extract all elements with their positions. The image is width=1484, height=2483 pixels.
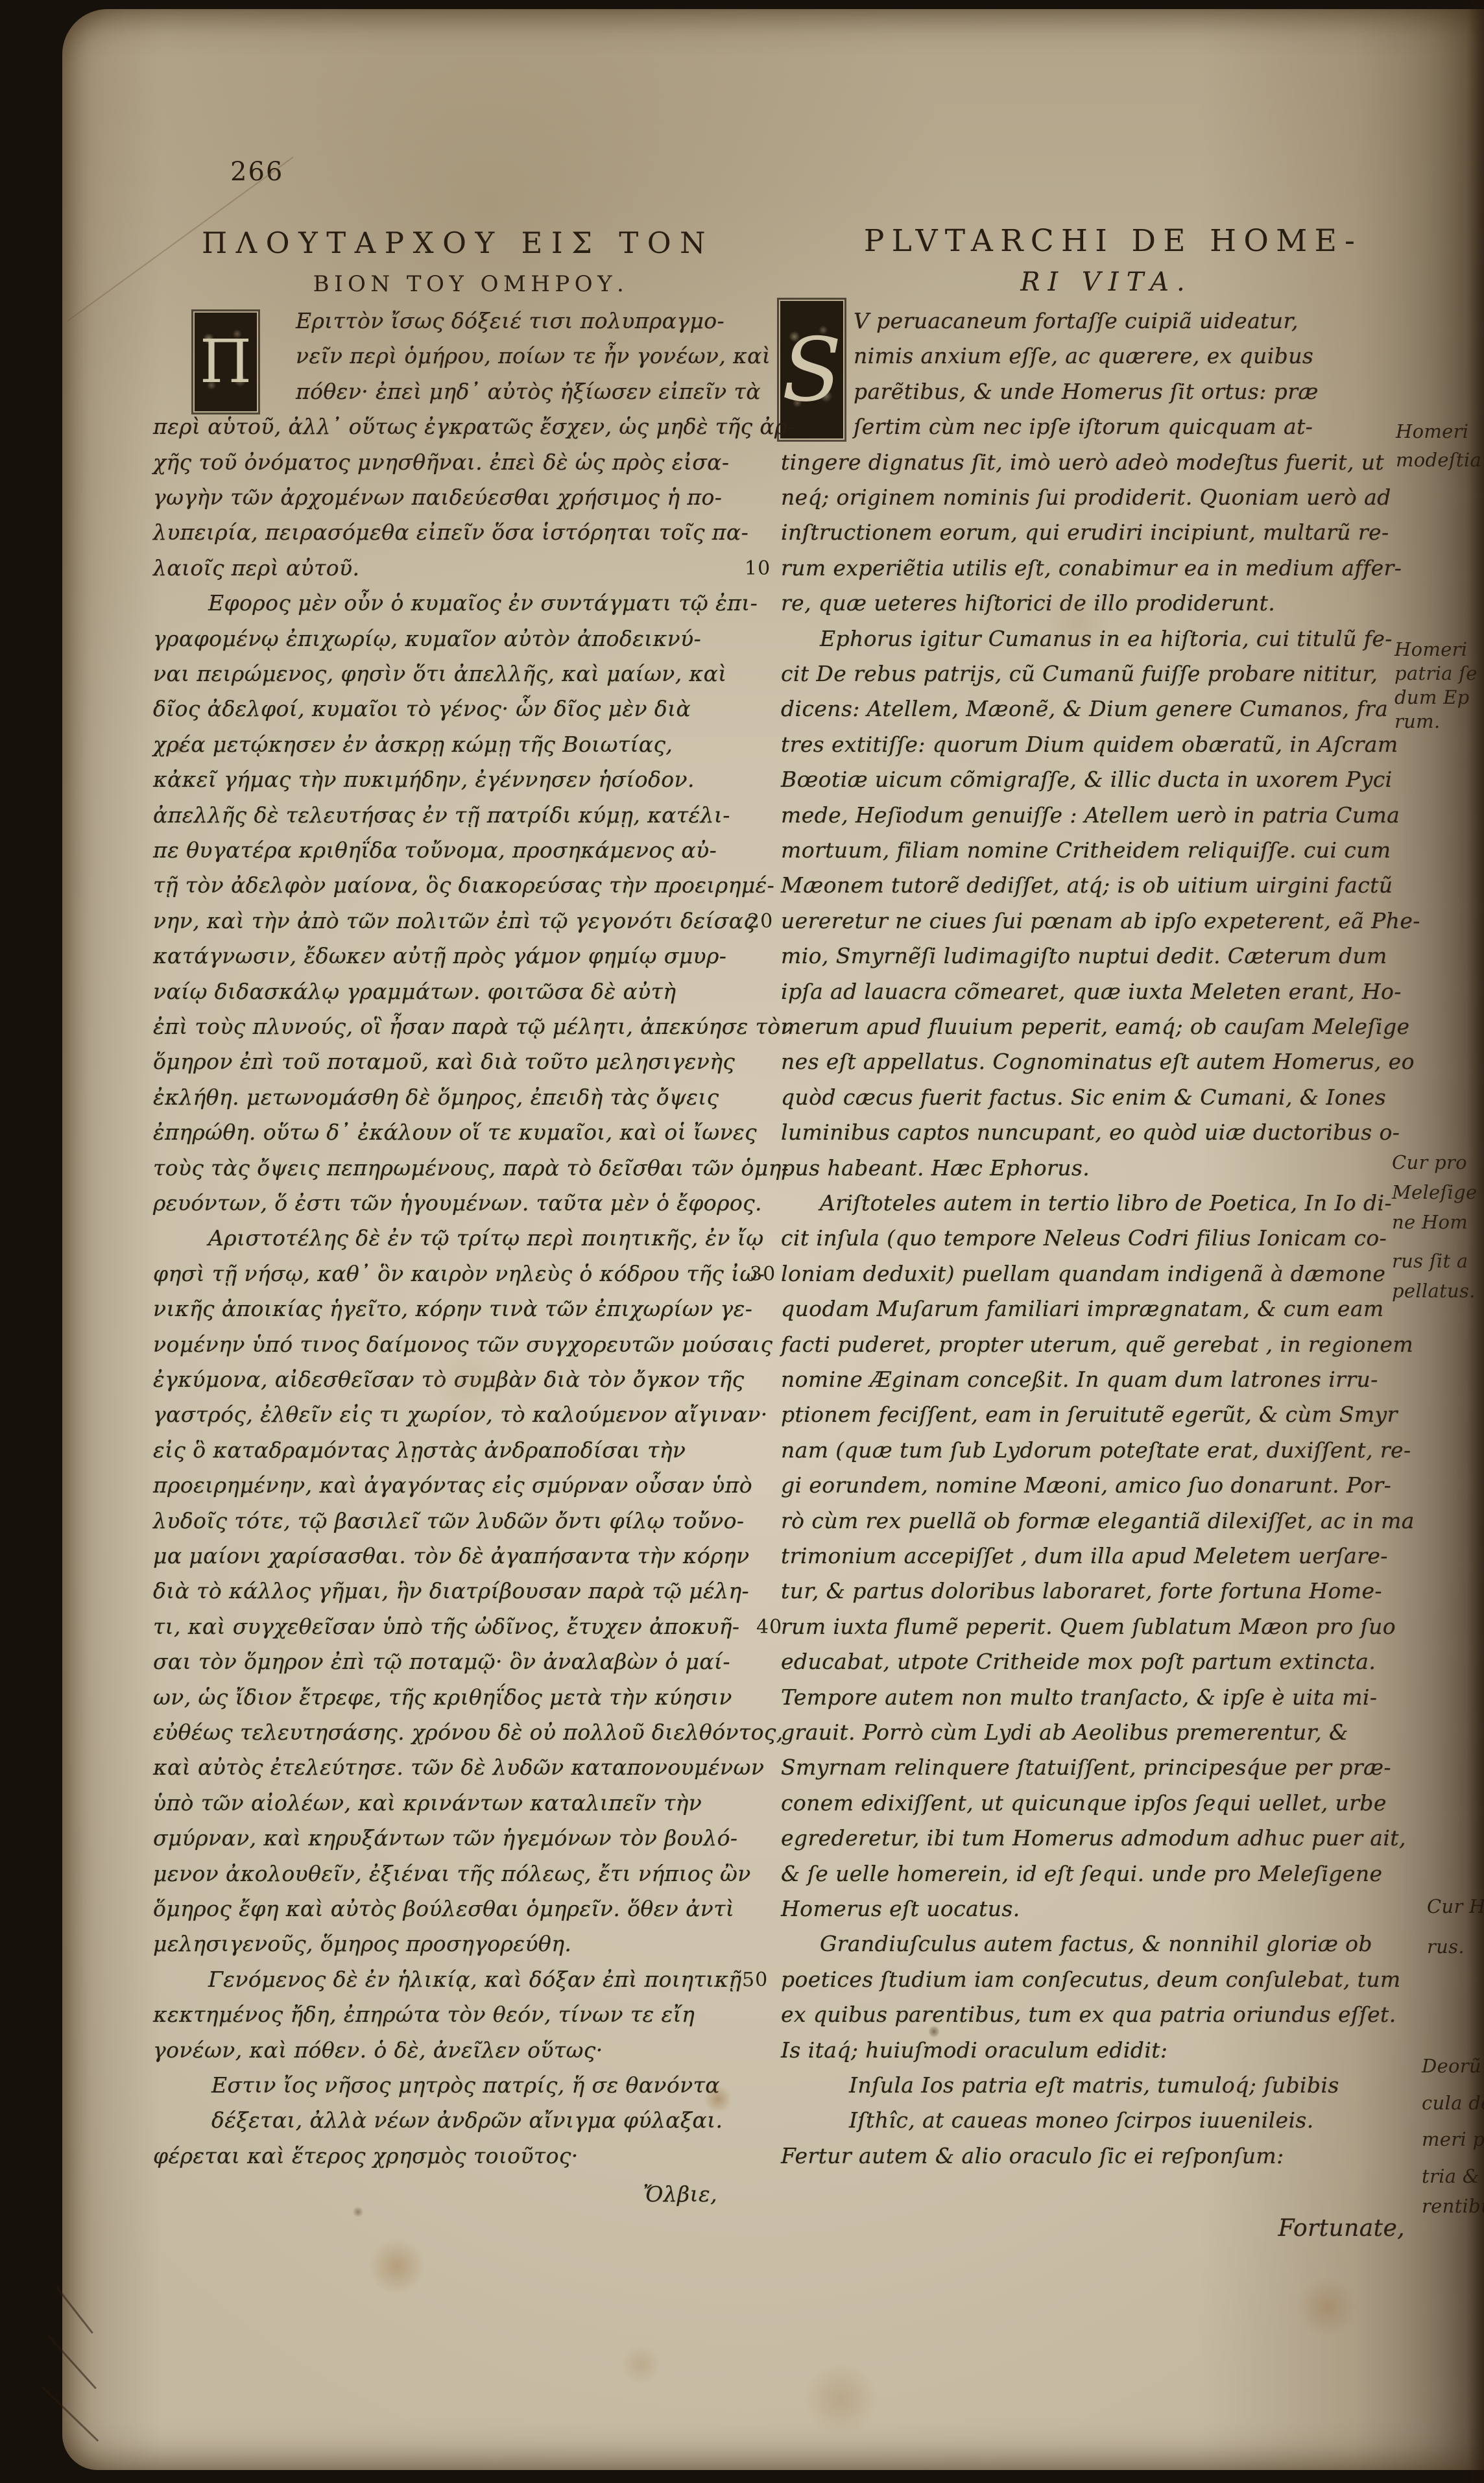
greek-text-line: σαι τὸν ὅμηρον ἐπὶ τῷ ποταμῷ· ὃν ἀναλαβὼ…: [153, 1651, 730, 1672]
greek-text-line: Εφορος μὲν οὖν ὁ κυμαῖος ἐν συντάγματι τ…: [208, 592, 758, 614]
latin-text-line: grauit. Porrò cùm Lydi ab Aeolibus preme…: [781, 1721, 1348, 1743]
greek-text-line: μελησιγενοῦς, ὅμηρος προσηγορεύθη.: [153, 1933, 571, 1954]
latin-text-line: Smyrnam relinquere ſtatuiſſent, principe…: [781, 1757, 1391, 1778]
greek-text-line: ὅμηρον ἐπὶ τοῦ ποταμοῦ, καὶ διὰ τοῦτο με…: [153, 1051, 735, 1072]
latin-text-line: tur, & partus doloribus laboraret, forte…: [781, 1580, 1382, 1601]
greek-text-line: δῖος ἀδελφοί, κυμαῖοι τὸ γένος· ὧν δῖος …: [153, 698, 691, 719]
latin-text-line: nes eſt appellatus. Cognominatus eſt aut…: [781, 1051, 1415, 1072]
margin-note-line: rus.: [1427, 1936, 1465, 1958]
latin-text-line: Mæonem tutorẽ dediſſet, atq́; is ob uiti…: [781, 874, 1393, 896]
greek-text-line: κἀκεῖ γήμας τὴν πυκιμήδην, ἐγέννησεν ἡσί…: [153, 769, 695, 790]
latin-text-line: educabat, utpote Critheide mox poſt part…: [781, 1651, 1376, 1672]
latin-text-line: Iſthîc, at caueas moneo ſcirpos iuuenile…: [849, 2109, 1314, 2131]
latin-text-line: Tempore autem non multo tranſacto, & ipſ…: [781, 1686, 1377, 1708]
latin-text-line: nam (quæ tum ſub Lydorum poteſtate erat,…: [781, 1439, 1411, 1461]
greek-text-line: τοὺς τὰς ὄψεις πεπηρωμένους, παρὰ τὸ δεῖ…: [153, 1157, 789, 1179]
greek-text-line: λυπειρία, πειρασόμεθα εἰπεῖν ὅσα ἱστόρητ…: [153, 522, 748, 543]
greek-drop-cap-letter: Π: [200, 332, 252, 392]
latin-text-line: Inſula Ios patria eſt matris, tumuloq́; …: [849, 2074, 1339, 2096]
margin-note-line: ne Hom: [1392, 1211, 1468, 1233]
latin-text-line: Grandiuſculus autem factus, & nonnihil g…: [820, 1933, 1372, 1954]
greek-text-line: ναι πειρώμενος, φησὶν ὅτι ἀπελλῆς, καὶ μ…: [153, 663, 727, 684]
greek-column-title-line2: ΒΙΟΝ ΤΟΥ ΟΜΗΡΟΥ.: [231, 271, 711, 297]
greek-text-line: λαιοῖς περὶ αὐτοῦ.: [153, 557, 359, 579]
gutter-line-number: 20: [747, 910, 773, 933]
margin-note-line: dum Ep: [1394, 686, 1470, 708]
catchword-latin: Fortunate,: [1204, 2217, 1405, 2240]
latin-text-line: ipſa ad lauacra cõmearet, quæ iuxta Mele…: [781, 981, 1402, 1002]
latin-text-line: quòd cæcus fuerit factus. Sic enim & Cum…: [781, 1086, 1386, 1108]
latin-text-line: Ariſtoteles autem in tertio libro de Poe…: [820, 1192, 1392, 1214]
latin-text-line: uereretur ne ciues ſui pœnam ab ipſo exp…: [781, 910, 1420, 931]
greek-text-line: τι, καὶ συγχεθεῖσαν ὑπὸ τῆς ὠδῖνος, ἔτυχ…: [153, 1616, 739, 1637]
latin-text-line: luminibus captos nuncupant, eo quòd uiæ …: [781, 1122, 1400, 1143]
greek-text-line: Εριττὸν ἴσως δόξειέ τισι πολυπραγμο-: [296, 310, 724, 331]
greek-text-line: πε θυγατέρα κριθηΐδα τοὔνομα, προσηκάμεν…: [153, 839, 717, 861]
latin-text-line: ptionem feciſſent, eam in ſeruitutẽ eger…: [781, 1404, 1398, 1425]
greek-text-line: κεκτημένος ἤδη, ἐπηρώτα τὸν θεόν, τίνων …: [153, 2004, 695, 2025]
greek-text-line: δέξεται, ἀλλὰ νέων ἀνδρῶν αἴνιγμα φύλαξα…: [211, 2109, 723, 2131]
margin-note-line: pellatus.: [1392, 1280, 1476, 1302]
greek-column-title-line1: ΠΛΟΥΤΑΡΧΟΥ ΕΙΣ ΤΟΝ: [166, 226, 750, 260]
gutter-line-number: 10: [745, 557, 771, 580]
latin-text-line: mortuum, filiam nomine Critheidem reliqu…: [781, 839, 1391, 861]
greek-text-line: Γενόμενος δὲ ἐν ἡλικίᾳ, καὶ δόξαν ἐπὶ πο…: [208, 1969, 742, 1990]
latin-text-line: ſertim cùm nec ipſe iſtorum quicquam at-: [854, 416, 1313, 437]
greek-text-line: γραφομένῳ ἐπιχωρίῳ, κυμαῖον αὐτὸν ἀποδει…: [153, 628, 701, 649]
greek-text-line: γονέων, καὶ πόθεν. ὁ δὲ, ἀνεῖλεν οὕτως·: [153, 2039, 603, 2061]
margin-note-line: rum.: [1394, 710, 1440, 732]
catchword-greek: Ὄλβιε,: [581, 2183, 717, 2205]
spine-shadow: [1467, 0, 1484, 2483]
greek-text-line: χρέα μετῴκησεν ἐν ἀσκρῃ κώμῃ τῆς Βοιωτία…: [153, 734, 673, 755]
latin-text-line: nomine Æginam conceßit. In quam dum latr…: [781, 1369, 1378, 1390]
margin-note-line: rus ſit a: [1392, 1250, 1468, 1272]
latin-text-line: rum iuxta flumẽ peperit. Quem ſublatum M…: [781, 1616, 1396, 1637]
greek-text-line: προειρημένην, καὶ ἀγαγόντας εἰς σμύρναν …: [153, 1474, 752, 1496]
latin-text-line: Ephorus igitur Cumanus in ea hiſtoria, c…: [820, 628, 1393, 649]
greek-text-line: ων, ὡς ἴδιον ἔτρεφε, τῆς κριθηΐδος μετὰ …: [153, 1686, 732, 1708]
greek-text-line: μα μαίονι χαρίσασθαι. τὸν δὲ ἀγαπήσαντα …: [153, 1545, 750, 1566]
latin-text-line: cit inſula (quo tempore Neleus Codri fil…: [781, 1227, 1387, 1249]
greek-text-line: ὅμηρος ἔφη καὶ αὐτὸς βούλεσθαι ὁμηρεῖν. …: [153, 1898, 734, 1919]
greek-text-line: εἰς ὃ καταδραμόντας λῃστὰς ἀνδραποδίσαι …: [153, 1439, 686, 1461]
latin-drop-cap-letter: S: [782, 326, 841, 414]
margin-note-line: Cur pro: [1392, 1151, 1467, 1173]
foxing-stain: [802, 2364, 880, 2435]
greek-text-line: φέρεται καὶ ἕτερος χρησμὸς τοιοῦτος·: [153, 2145, 579, 2166]
greek-text-line: περὶ αὑτοῦ, ἀλλ᾽ οὕτως ἐγκρατῶς ἔσχεν, ὡ…: [153, 416, 795, 437]
margin-note-line: Homeri: [1396, 420, 1468, 442]
foxing-stain: [1295, 2278, 1359, 2336]
latin-text-line: mio, Smyrnẽſi ludimagiſto nuptui dedit. …: [781, 945, 1387, 966]
margin-note-line: patria ſe: [1394, 662, 1478, 684]
greek-text-line: σμύρναν, καὶ κηρυξάντων τῶν ἡγεμόνων τὸν…: [153, 1827, 737, 1849]
latin-text-line: Fertur autem & alio oraculo ſic ei reſpo…: [781, 2145, 1284, 2166]
greek-text-line: ὑπὸ τῶν αἰολέων, καὶ κρινάντων καταλιπεῖ…: [153, 1792, 702, 1814]
greek-text-line: ρευόντων, ὅ ἐστι τῶν ἡγουμένων. ταῦτα μὲ…: [153, 1192, 762, 1214]
latin-text-line: tres extitiſſe: quorum Dium quidem obæra…: [781, 734, 1398, 755]
greek-text-line: Εστιν ἴος νῆσος μητρὸς πατρίς, ἥ σε θανό…: [211, 2074, 720, 2096]
greek-text-line: λυδοῖς τότε, τῷ βασιλεῖ τῶν λυδῶν ὄντι φ…: [153, 1510, 744, 1531]
latin-text-line: tingere dignatus ſit, imò uerò adeò mode…: [781, 451, 1384, 473]
latin-text-line: poetices ſtudium iam conſecutus, deum co…: [781, 1969, 1401, 1990]
latin-text-line: rò cùm rex puellã ob formæ elegantiã dil…: [781, 1510, 1415, 1531]
latin-text-line: gi eorundem, nomine Mæoni, amico ſuo don…: [781, 1474, 1391, 1496]
latin-text-line: facti puderet, propter uterum, quẽ gereb…: [781, 1334, 1413, 1355]
latin-text-line: pus habeant. Hæc Ephorus.: [781, 1157, 1090, 1179]
latin-text-line: conem edixiſſent, ut quicunque ipſos ſeq…: [781, 1792, 1387, 1814]
foxing-stain: [620, 2345, 662, 2383]
greek-text-line: τῇ τὸν ἀδελφὸν μαίονα, ὃς διακορεύσας τὴ…: [153, 874, 774, 896]
ink-speck: [929, 2025, 939, 2038]
ink-speck: [353, 2207, 363, 2217]
greek-text-line: φησὶ τῇ νήσῳ, καθ᾽ ὃν καιρὸν νηλεὺς ὁ κό…: [153, 1263, 765, 1284]
latin-text-line: ex quibus parentibus, tum ex qua patria …: [781, 2004, 1396, 2025]
latin-column-title-line2: RI VITA.: [815, 267, 1398, 297]
latin-column-title-line1: PLVTARCHI DE HOME-: [789, 223, 1437, 259]
greek-text-line: μενον ἀκολουθεῖν, ἐξιέναι τῆς πόλεως, ἔτ…: [153, 1863, 751, 1884]
latin-text-line: parẽtibus, & unde Homerus ſit ortus: præ: [854, 381, 1319, 402]
gutter-line-number: 40: [756, 1616, 782, 1638]
latin-text-line: V peruacaneum fortaſſe cuipiã uideatur,: [854, 310, 1298, 331]
latin-text-line: egrederetur, ibi tum Homerus admodum adh…: [781, 1827, 1406, 1849]
margin-note-line: Homeri: [1394, 638, 1467, 660]
greek-text-line: χῆς τοῦ ὀνόματος μνησθῆναι. ἐπεὶ δὲ ὡς π…: [153, 451, 729, 473]
greek-text-line: καὶ αὐτὸς ἐτελεύτησε. τῶν δὲ λυδῶν καταπ…: [153, 1757, 764, 1778]
gutter-line-number: 50: [742, 1969, 768, 1991]
latin-text-line: loniam deduxit) puellam quandam indigenã…: [781, 1263, 1385, 1284]
greek-text-line: ἐπὶ τοὺς πλυνούς, οἳ ἦσαν παρὰ τῷ μέλητι…: [153, 1016, 794, 1037]
greek-text-line: πόθεν· ἐπεὶ μηδ᾽ αὐτὸς ἠξίωσεν εἰπεῖν τὰ: [296, 381, 761, 402]
greek-text-line: ἀπελλῆς δὲ τελευτήσας ἐν τῇ πατρίδι κύμῃ…: [153, 804, 730, 826]
woodcut-initial-greek: Π: [195, 313, 257, 411]
greek-text-line: νομένην ὑπό τινος δαίμονος τῶν συγχορευτ…: [153, 1334, 772, 1355]
gutter-line-number: 30: [750, 1263, 776, 1286]
latin-text-line: dicens: Atellem, Mæonẽ, & Dium genere Cu…: [781, 698, 1388, 719]
book-page: 266 ΠΛΟΥΤΑΡΧΟΥ ΕΙΣ ΤΟΝ ΒΙΟΝ ΤΟΥ ΟΜΗΡΟΥ. …: [62, 9, 1484, 2470]
latin-text-line: nimis anxium eſſe, ac quærere, ex quibus: [854, 345, 1313, 366]
latin-text-line: re, quæ ueteres hiſtorici de illo prodid…: [781, 592, 1275, 614]
greek-text-line: ναίῳ διδασκάλῳ γραμμάτων. φοιτῶσα δὲ αὐτ…: [153, 981, 676, 1002]
margin-note-line: Meleſige: [1392, 1181, 1477, 1203]
latin-text-line: Homerus eſt uocatus.: [781, 1898, 1020, 1919]
greek-text-line: εὐθέως τελευτησάσης. χρόνου δὲ οὐ πολλοῦ…: [153, 1721, 784, 1743]
greek-text-line: ἐκλήθη. μετωνομάσθη δὲ ὅμηρος, ἐπειδὴ τὰ…: [153, 1086, 719, 1108]
latin-text-line: quodam Muſarum familiari imprægnatam, & …: [781, 1298, 1384, 1319]
greek-text-line: διὰ τὸ κάλλος γῆμαι, ἣν διατρίβουσαν παρ…: [153, 1580, 749, 1601]
greek-text-line: γωγὴν τῶν ἀρχομένων παιδεύεσθαι χρήσιμος…: [153, 486, 722, 508]
latin-text-line: Bœotiæ uicum cõmigraſſe, & illic ducta i…: [781, 769, 1393, 790]
latin-text-line: mede, Heſiodum genuiſſe : Atellem uerò i…: [781, 804, 1400, 826]
latin-text-line: merum apud fluuium peperit, eamq́; ob ca…: [781, 1016, 1409, 1037]
greek-text-line: ἐγκύμονα, αἰδεσθεῖσαν τὸ συμβὰν διὰ τὸν …: [153, 1369, 745, 1390]
foxing-stain: [367, 2239, 427, 2294]
greek-text-line: νεῖν περὶ ὁμήρου, ποίων τε ἦν γονέων, κα…: [296, 345, 771, 366]
latin-text-line: Is itaq́; huiuſmodi oraculum edidit:: [781, 2039, 1167, 2061]
greek-text-line: νην, καὶ τὴν ἀπὸ τῶν πολιτῶν ἐπὶ τῷ γεγο…: [153, 910, 756, 931]
greek-text-line: νικῆς ἀποικίας ἡγεῖτο, κόρην τινὰ τῶν ἐπ…: [153, 1298, 752, 1319]
latin-text-line: rum experiẽtia utilis eſt, conabimur ea …: [781, 557, 1402, 579]
latin-text-line: & ſe uelle homerein, id eſt ſequi. unde …: [781, 1863, 1382, 1884]
latin-text-line: inſtructionem eorum, qui erudiri incipiu…: [781, 522, 1389, 543]
greek-text-line: κατάγνωσιν, ἔδωκεν αὐτῇ πρὸς γάμον φημίῳ…: [153, 945, 726, 966]
latin-text-line: cit De rebus patrijs, cũ Cumanũ fuiſſe p…: [781, 663, 1378, 684]
latin-text-line: neq́; originem nominis ſui prodiderit. Q…: [781, 486, 1391, 508]
greek-text-line: γαστρός, ἐλθεῖν εἰς τι χωρίον, τὸ καλούμ…: [153, 1404, 768, 1425]
greek-text-line: ἐπηρώθη. οὕτω δ᾽ ἐκάλουν οἵ τε κυμαῖοι, …: [153, 1122, 757, 1143]
greek-text-line: Αριστοτέλης δὲ ἐν τῷ τρίτῳ περὶ ποιητικῆ…: [208, 1227, 764, 1249]
latin-text-line: trimonium accepiſſet , dum illa apud Mel…: [781, 1545, 1388, 1566]
